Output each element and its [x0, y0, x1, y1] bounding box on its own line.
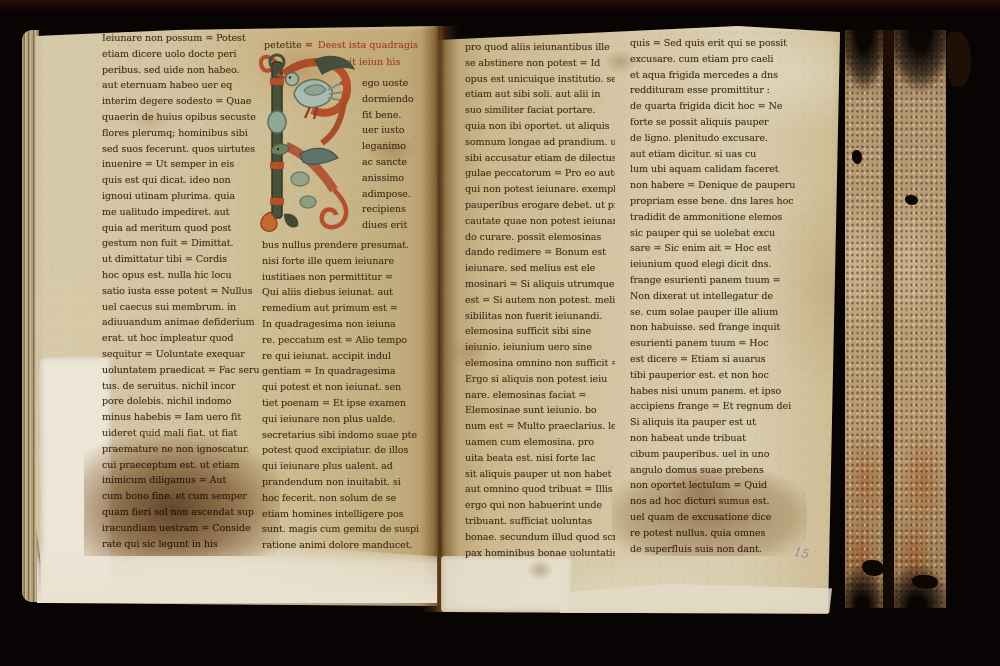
manuscript-text-line: rate qui sic legunt in his [102, 537, 260, 553]
manuscript-text-line: nare. elemosinas faciat = [465, 388, 615, 404]
manuscript-text-line: ut dimittatur tibi = Cordis [102, 252, 260, 268]
manuscript-text-line: etiam dicere uolo docte peri [102, 47, 260, 63]
manuscript-text-line: quia ad meritum quod post [102, 221, 260, 237]
manuscript-text-line: non habere = Denique de pauperu [630, 178, 798, 194]
manuscript-text-line: inimicum diligamus = Aut [102, 473, 260, 489]
manuscript-text-line: ignoui utinam plurima. quia [102, 189, 260, 205]
manuscript-text-line: quis est qui dicat. ideo non [102, 173, 260, 189]
manuscript-text-line: praemature ne non ignoscatur. [102, 442, 260, 458]
manuscript-text-line: cautate quae non potest ieiunan [465, 214, 615, 230]
manuscript-text-line: qui non potest ieiunare. exempli [465, 182, 615, 198]
manuscript-text-line: inuenire = Ut semper in eis [102, 157, 260, 173]
cover-edge-strip-2 [894, 30, 946, 608]
manuscript-text-line: hoc fecerit. non solum de se [262, 491, 434, 507]
manuscript-text-line: est = Si autem non potest. melius [465, 293, 615, 309]
manuscript-text-line: qui ieiunare non plus ualde. [262, 412, 434, 428]
cover-blotch [905, 195, 918, 205]
manuscript-text-line: cum bono fine. et cum semper [102, 489, 260, 505]
manuscript-text-line: tradidit de ammonitione elemos [630, 210, 798, 226]
manuscript-text-line: mosinari = Si aliquis utrumque [465, 277, 615, 293]
manuscript-text-line: do curare. possit elemosinas [465, 230, 615, 246]
manuscript-text-line: bonae. secundum illud quod script [465, 530, 615, 546]
manuscript-text-line: sic pauper qui se uolebat excu [630, 226, 798, 242]
repair-patch-right-bottom-left [441, 556, 573, 612]
manuscript-text-line: dormiendo [362, 92, 434, 108]
manuscript-text-line: etiam aut sibi soli. aut alii in [465, 87, 615, 103]
manuscript-text-line: diues erit [362, 218, 434, 234]
manuscript-text-line: leganimo [362, 139, 434, 155]
manuscript-text-line: nisi forte ille quem ieiunare [262, 254, 434, 270]
manuscript-text-line: uoluntatem praedicat = Fac seru [102, 363, 260, 379]
manuscript-text-line: interim degere sodesto = Quae [102, 94, 260, 110]
manuscript-text-line: aut etiam dicitur. si uas cu [630, 147, 798, 163]
cover-corner-fragment [947, 32, 971, 87]
manuscript-text-line: uideret quid mali fiat. ut fiat [102, 426, 260, 442]
manuscript-text-line: est dicere = Etiam si auarus [630, 352, 798, 368]
manuscript-text-line: minus habebis = Iam uero fit [102, 410, 260, 426]
manuscript-text-line: cui praeceptum est. ut etiam [102, 458, 260, 474]
manuscript-text-line: ieiunium quod elegi dicit dns. [630, 257, 798, 273]
cover-crack [883, 30, 894, 608]
stem-clasp-2 [270, 162, 284, 169]
manuscript-text-line: non oportet lectulum = Quid [630, 478, 798, 494]
manuscript-text-line: somnum longae ad prandium. ut [465, 135, 615, 151]
manuscript-text-line: tibi pauperior est. et non hoc [630, 368, 798, 384]
right-column-1: pro quod aliis ieiunantibus illese absti… [465, 40, 615, 561]
manuscript-text-line: sed suos fecerunt. quos uirtutes [102, 142, 260, 158]
manuscript-text-line: ieiunare. sed melius est ele [465, 261, 615, 277]
manuscript-text-line: ieiunio. ieiunium uero sine [465, 340, 615, 356]
cover-blotch [912, 575, 938, 589]
manuscript-text-line: satio iusta esse potest = Nullus [102, 284, 260, 300]
manuscript-text-line: frange esurienti panem tuum = [630, 273, 798, 289]
foot-leaf-icon [284, 214, 298, 228]
manuscript-text-line: In quadragesima non ieiuna [262, 317, 434, 333]
manuscript-text-line: accipiens frange = Et regnum dei [630, 399, 798, 415]
manuscript-text-line: ratione animi dolore manducet. [262, 538, 434, 554]
stem-clasp-1 [270, 78, 284, 85]
manuscript-text-line: gentiam = In quadragesima [262, 364, 434, 380]
manuscript-text-line: secretarius sibi indomo suae pte [262, 428, 434, 444]
manuscript-text-line: iracundiam uestram = Conside [102, 521, 260, 537]
manuscript-text-line: forte se possit aliquis pauper [630, 115, 798, 131]
manuscript-text-line: tiet poenam = Et ipse examen [262, 396, 434, 412]
manuscript-text-line: quis = Sed quis erit qui se possit [630, 36, 798, 52]
manuscript-text-line: uer iusto [362, 123, 434, 139]
manuscript-text-line: me ualitudo impediret. aut [102, 205, 260, 221]
manuscript-text-line: hoc opus est. nulla hic locu [102, 268, 260, 284]
manuscript-text-line: num est = Multo praeclarius. le [465, 419, 615, 435]
manuscript-text-line: quaerin de huius opibus secuste [102, 110, 260, 126]
manuscript-text-line: tus. de seruitus. nichil incor [102, 379, 260, 395]
manuscript-text-line: habes nisi unum panem. et ipso [630, 384, 798, 400]
manuscript-text-line: de ligno. plenitudo excusare. [630, 131, 798, 147]
cover-edge-strip-1 [845, 30, 883, 608]
manuscript-text-line: uamen cum elemosina. pro [465, 435, 615, 451]
manuscript-text-line: gestum non fuit = Dimittat. [102, 236, 260, 252]
manuscript-text-line: quam fieri sol non ascendat sup [102, 505, 260, 521]
leaf-flourish-icon [314, 56, 355, 75]
manuscript-text-line: re. peccatum est = Alio tempo [262, 333, 434, 349]
manuscript-text-line: aut eternuam habeo uer eq [102, 78, 260, 94]
manuscript-text-line: qui potest et non ieiunat. sen [262, 380, 434, 396]
manuscript-text-line: esurienti panem tuum = Hoc [630, 336, 798, 352]
initial-stem [272, 62, 282, 218]
manuscript-text-line: sibilitas non fuerit ieiunandi. [465, 309, 615, 325]
manuscript-text-line: iustitiaes non permittitur = [262, 270, 434, 286]
manuscript-text-line: sibi accusatur etiam de dilectus [465, 151, 615, 167]
illuminated-initial-R [256, 50, 360, 236]
manuscript-text-line: cibum pauperibus. uel in uno [630, 447, 798, 463]
manuscript-text-line: sunt. magis cum gemitu de suspi [262, 522, 434, 538]
manuscript-text-line: ac sancte [362, 155, 434, 171]
manuscript-text-line: recipiens [362, 202, 434, 218]
manuscript-text-line: peribus. sed uide non habeo. [102, 63, 260, 79]
manuscript-text-line: de quarta frigida dicit hoc = Ne [630, 99, 798, 115]
manuscript-text-line: et aqua frigida mercedes a dns [630, 68, 798, 84]
manuscript-text-line: opus est unicuique institutio. se [465, 72, 615, 88]
manuscript-text-line: dando redimere = Bonum est [465, 245, 615, 261]
manuscript-text-line: pauperibus erogare debet. ut pro [465, 198, 615, 214]
manuscript-text-line: de superfluis suis non dant. [630, 542, 798, 558]
manuscript-text-line: adiuuandum animae defiderium [102, 315, 260, 331]
left-column-2-beside-initial: ego uostedormiendofit bene.uer iustolega… [362, 76, 434, 234]
manuscript-text-line: angulo domus suae prebens [630, 463, 798, 479]
manuscript-text-line: adimpose. [362, 187, 434, 203]
manuscript-text-line: sit aliquis pauper ut non habet [465, 467, 615, 483]
manuscript-text-line: Qui aliis diebus ieiunat. aut [262, 285, 434, 301]
manuscript-text-line: se abstinere non potest = Id [465, 56, 615, 72]
manuscript-text-line: Ergo si aliquis non potest ieiu [465, 372, 615, 388]
manuscript-text-line: potest quod excipiatur. de illos [262, 443, 434, 459]
manuscript-text-line: non habuisse. sed frange inquit [630, 320, 798, 336]
manuscript-text-line: suo similiter faciat portare. [465, 103, 615, 119]
manuscript-text-line: ergo qui non habuerint unde [465, 498, 615, 514]
manuscript-text-line: propriam esse bene. dns lares hoc [630, 194, 798, 210]
manuscript-text-line: erat. ut hoc impleatur quod [102, 331, 260, 347]
left-column-2: bus nullus prendere presumat.nisi forte … [262, 238, 434, 554]
stem-clasp-3 [270, 198, 284, 205]
manuscript-text-line: pro quod aliis ieiunantibus ille [465, 40, 615, 56]
manuscript-text-line: Si aliquis ita pauper est ut [630, 415, 798, 431]
left-column-1: Ieiunare non possum = Potestetiam dicere… [102, 31, 260, 552]
manuscript-text-line: tribuant. sufficiat uoluntas [465, 514, 615, 530]
manuscript-text-line: se. cum solae pauper ille alium [630, 305, 798, 321]
manuscript-text-line: reddituram esse promittitur : [630, 83, 798, 99]
manuscript-text-line: lum ubi aquam calidam faceret [630, 162, 798, 178]
manuscript-text-line: Ieiunare non possum = Potest [102, 31, 260, 47]
manuscript-text-line: Elemosinae sunt ieiunio. bo [465, 403, 615, 419]
manuscript-text-line: elemosina sufficit sibi sine [465, 324, 615, 340]
manuscript-text-line: bus nullus prendere presumat. [262, 238, 434, 254]
manuscript-text-line: prandendum non inuitabit. si [262, 475, 434, 491]
manuscript-text-line: ego uoste [362, 76, 434, 92]
manuscript-text-line: fit bene. [362, 108, 434, 124]
right-column-2: quis = Sed quis erit qui se possitexcusa… [630, 36, 798, 557]
manuscript-text-line: anissimo [362, 171, 434, 187]
manuscript-text-line: pax hominibus bonae uoluntatis. [465, 546, 615, 562]
manuscript-text-line: re potest nullus. quia omnes [630, 526, 798, 542]
manuscript-photo: Ieiunare non possum = Potestetiam dicere… [0, 0, 1000, 666]
manuscript-text-line: uel caecus sui membrum. in [102, 300, 260, 316]
manuscript-text-line: etiam homines intelligere pos [262, 507, 434, 523]
top-light-leak [0, 0, 1000, 16]
manuscript-text-line: gulae peccatorum = Pro eo autem [465, 166, 615, 182]
initial-artwork [256, 50, 360, 236]
manuscript-text-line: flores plerumq; hominibus sibi [102, 126, 260, 142]
folio-number: 15 [793, 545, 810, 561]
manuscript-text-line: elemosina omnino non sufficit = [465, 356, 615, 372]
cover-blotch [852, 150, 862, 164]
manuscript-text-line: uel quam de excusatione dice [630, 510, 798, 526]
manuscript-text-line: sare = Sic enim ait = Hoc est [630, 241, 798, 257]
manuscript-text-line: remedium aut primum est = [262, 301, 434, 317]
manuscript-text-line: sequitur = Uoluntate exequar [102, 347, 260, 363]
manuscript-text-line: Non dixerat ut intellegatur de [630, 289, 798, 305]
manuscript-text-line: aut omnino quod tribuat = Illis [465, 482, 615, 498]
manuscript-text-line: excusare. cum etiam pro caeli [630, 52, 798, 68]
stem-orb [268, 111, 286, 133]
manuscript-text-line: qui ieiunare plus ualent. ad [262, 459, 434, 475]
manuscript-text-line: non habeat unde tribuat [630, 431, 798, 447]
manuscript-text-line: nos ad hoc dicturi sumus est. [630, 494, 798, 510]
manuscript-text-line: re qui ieiunat. accipit indul [262, 349, 434, 365]
manuscript-text-line: pore dolebis. nichil indomo [102, 394, 260, 410]
manuscript-text-line: quia non ibi oportet. ut aliquis [465, 119, 615, 135]
cover-blotch [862, 560, 884, 576]
manuscript-text-line: uita beata est. nisi forte lac [465, 451, 615, 467]
